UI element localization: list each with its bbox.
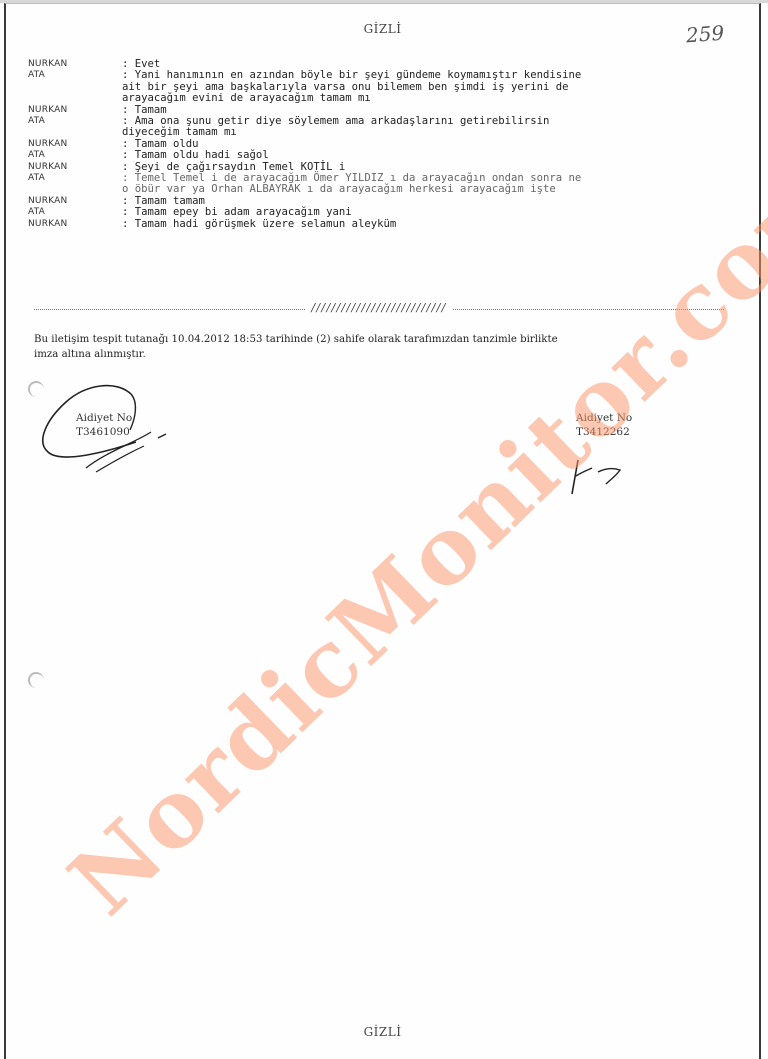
signature-block-right: Aidiyet No T3412262 xyxy=(576,411,632,439)
hole-punch-mark xyxy=(28,381,44,397)
transcript: NURKAN : Evet ATA : Yani hanımının en az… xyxy=(28,59,748,230)
closing-statement-line: imza altına alınmıştır. xyxy=(34,347,734,362)
speaker-name: NURKAN xyxy=(28,196,122,207)
header-classification: GİZLİ xyxy=(6,22,759,36)
signature-label: Aidiyet No xyxy=(576,411,632,425)
hole-punch-mark xyxy=(28,672,44,688)
speaker-name: NURKAN xyxy=(28,162,122,173)
dotted-rule-left xyxy=(34,309,305,310)
closing-statement: Bu iletişim tespit tutanağı 10.04.2012 1… xyxy=(34,332,734,362)
speaker-name: ATA xyxy=(28,173,122,184)
handwritten-signature-right-icon xyxy=(558,454,638,504)
signature-id: T3412262 xyxy=(576,425,632,439)
speaker-name: ATA xyxy=(28,116,122,127)
transcript-entry: ATA : Tamam epey bi adam arayacağım yani xyxy=(28,207,748,218)
closing-statement-line: Bu iletişim tespit tutanağı 10.04.2012 1… xyxy=(34,332,734,347)
utterance: : Tamam epey bi adam arayacağım yani xyxy=(122,207,748,218)
dotted-rule-right xyxy=(453,309,724,310)
document-page: GİZLİ 259 NURKAN : Evet ATA : Yani hanım… xyxy=(4,3,761,1059)
speaker-name: NURKAN xyxy=(28,105,122,116)
signature-id: T3461090 xyxy=(76,425,132,439)
transcript-entry: ATA : Tamam oldu hadi sağol xyxy=(28,150,748,161)
utterance: : Tamam hadi görüşmek üzere selamun aley… xyxy=(122,219,748,230)
speaker-name: NURKAN xyxy=(28,139,122,150)
slash-rule: /////////////////////////// xyxy=(305,301,452,314)
speaker-name: ATA xyxy=(28,150,122,161)
transcript-entry: NURKAN : Tamam hadi görüşmek üzere selam… xyxy=(28,219,748,230)
handwritten-page-number: 259 xyxy=(685,21,725,48)
utterance-continuation: arayacağım evini de arayacağım tamam mı xyxy=(28,93,748,104)
signature-block-left: Aidiyet No T3461090 xyxy=(76,411,132,439)
speaker-name: ATA xyxy=(28,207,122,218)
speaker-name: ATA xyxy=(28,70,122,81)
footer-classification: GİZLİ xyxy=(6,1025,759,1039)
signature-label: Aidiyet No xyxy=(76,411,132,425)
utterance: : Tamam oldu hadi sağol xyxy=(122,150,748,161)
speaker-name: NURKAN xyxy=(28,59,122,70)
end-of-transcript-separator: /////////////////////////// xyxy=(34,301,724,314)
speaker-name: NURKAN xyxy=(28,219,122,230)
